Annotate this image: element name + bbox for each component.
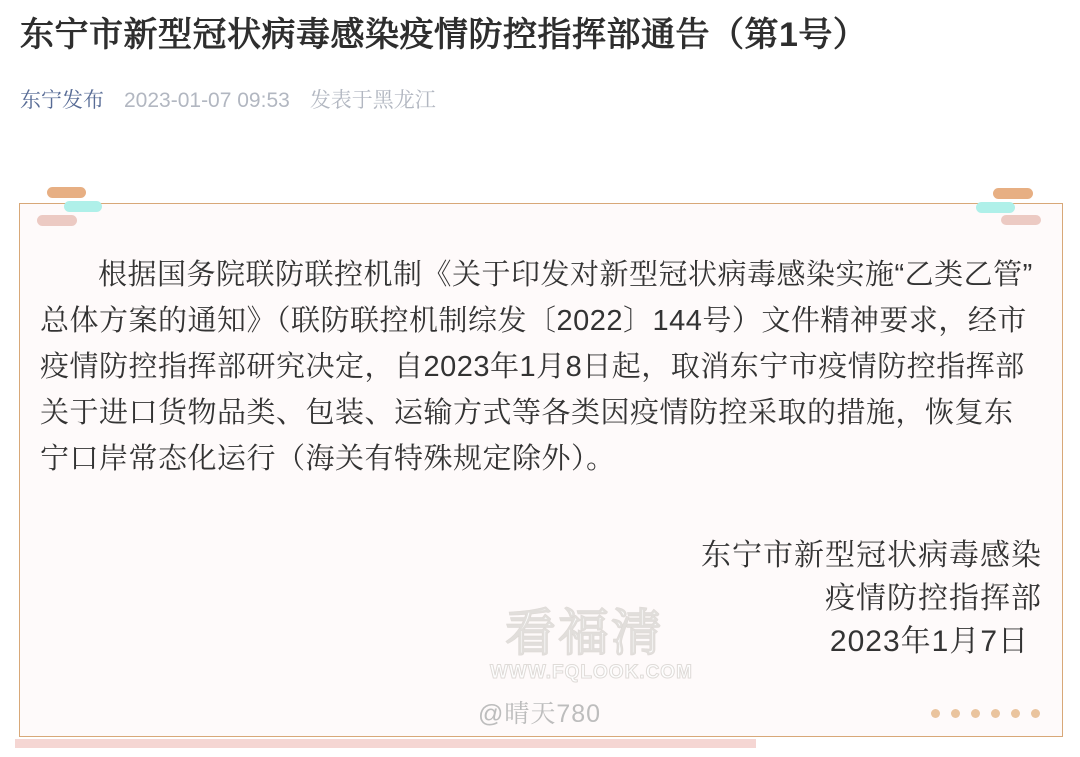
- watermark-url: WWW.FQLOOK.COM: [490, 662, 680, 684]
- article-page: 东宁市新型冠状病毒感染疫情防控指挥部通告（第1号） 东宁发布 2023-01-0…: [0, 0, 1080, 757]
- pager-dot: [1011, 709, 1020, 718]
- corner-pill-orange-right: [993, 188, 1033, 199]
- corner-pill-cyan-right: [976, 202, 1015, 213]
- corner-pill-pink-left: [37, 215, 77, 226]
- publish-location: 发表于黑龙江: [310, 84, 436, 114]
- signature-line-2: 疫情防控指挥部: [701, 577, 1042, 620]
- signature-block: 东宁市新型冠状病毒感染 疫情防控指挥部 2023年1月7日: [701, 534, 1042, 663]
- pager-dot: [1031, 709, 1040, 718]
- pager-dot: [931, 709, 940, 718]
- corner-pill-pink-right: [1001, 215, 1041, 225]
- watermark: 看福清 WWW.FQLOOK.COM: [490, 607, 680, 684]
- notice-card: 根据国务院联防联控机制《关于印发对新型冠状病毒感染实施“乙类乙管”总体方案的通知…: [19, 203, 1063, 737]
- corner-pill-cyan-left: [64, 201, 102, 212]
- watermark-text: 看福清: [490, 607, 680, 659]
- corner-pill-orange-left: [47, 187, 86, 198]
- pager-dot: [971, 709, 980, 718]
- pager-dot: [991, 709, 1000, 718]
- article-title: 东宁市新型冠状病毒感染疫情防控指挥部通告（第1号）: [20, 12, 1060, 58]
- notice-paragraph: 根据国务院联防联控机制《关于印发对新型冠状病毒感染实施“乙类乙管”总体方案的通知…: [40, 252, 1042, 482]
- byline: 东宁发布 2023-01-07 09:53 发表于黑龙江: [20, 84, 436, 114]
- signature-line-1: 东宁市新型冠状病毒感染: [701, 534, 1042, 577]
- pager-dots: [931, 709, 1040, 718]
- bottom-accent-strip: [15, 739, 756, 748]
- account-name-link[interactable]: 东宁发布: [20, 84, 104, 114]
- watermark-handle: @晴天780: [478, 694, 601, 730]
- publish-time: 2023-01-07 09:53: [124, 89, 290, 113]
- signature-date: 2023年1月7日: [701, 620, 1042, 663]
- pager-dot: [951, 709, 960, 718]
